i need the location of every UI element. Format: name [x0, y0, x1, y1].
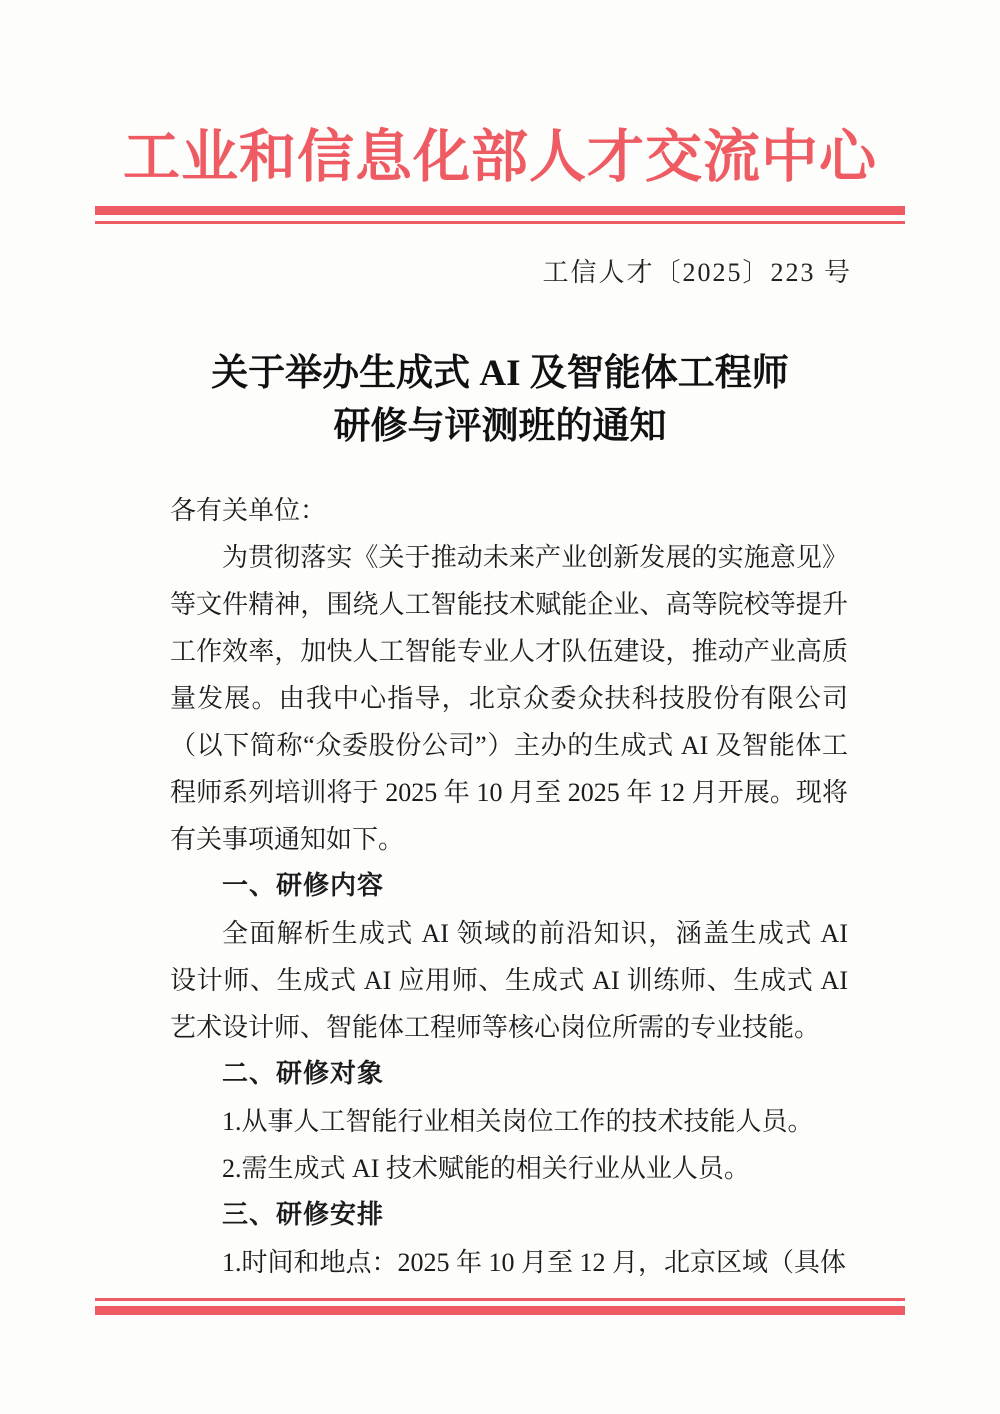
doc-title-line1: 关于举办生成式 AI 及智能体工程师: [0, 347, 1000, 400]
doc-title-line2: 研修与评测班的通知: [0, 400, 1000, 453]
salutation: 各有关单位：: [170, 487, 848, 534]
doc-title: 关于举办生成式 AI 及智能体工程师 研修与评测班的通知: [0, 347, 1000, 453]
header-rule-thin: [95, 221, 905, 224]
footer-rules: [95, 1298, 905, 1315]
doc-number: 工信人才〔2025〕223 号: [0, 252, 852, 289]
paragraph-intro: 为贯彻落实《关于推动未来产业创新发展的实施意见》等文件精神，围绕人工智能技术赋能…: [170, 534, 848, 863]
doc-body: 各有关单位： 为贯彻落实《关于推动未来产业创新发展的实施意见》等文件精神，围绕人…: [170, 487, 848, 1286]
list-item-1: 1.从事人工智能行业相关岗位工作的技术技能人员。: [170, 1098, 848, 1145]
footer-rule-thick: [95, 1306, 905, 1315]
footer-rule-thin: [95, 1298, 905, 1301]
letterhead-org-name: 工业和信息化部人才交流中心: [0, 0, 1000, 198]
paragraph-content: 全面解析生成式 AI 领域的前沿知识，涵盖生成式 AI 设计师、生成式 AI 应…: [170, 910, 848, 1051]
document-page: 工业和信息化部人才交流中心 工信人才〔2025〕223 号 关于举办生成式 AI…: [0, 0, 1000, 1414]
header-rules: [95, 206, 905, 224]
heading-section-2: 二、研修对象: [170, 1051, 848, 1098]
list-item-time-place: 1.时间和地点：2025 年 10 月至 12 月，北京区域（具体: [170, 1239, 848, 1286]
heading-section-3: 三、研修安排: [170, 1192, 848, 1239]
header-rule-thick: [95, 206, 905, 215]
heading-section-1: 一、研修内容: [170, 863, 848, 910]
list-item-2: 2.需生成式 AI 技术赋能的相关行业从业人员。: [170, 1145, 848, 1192]
